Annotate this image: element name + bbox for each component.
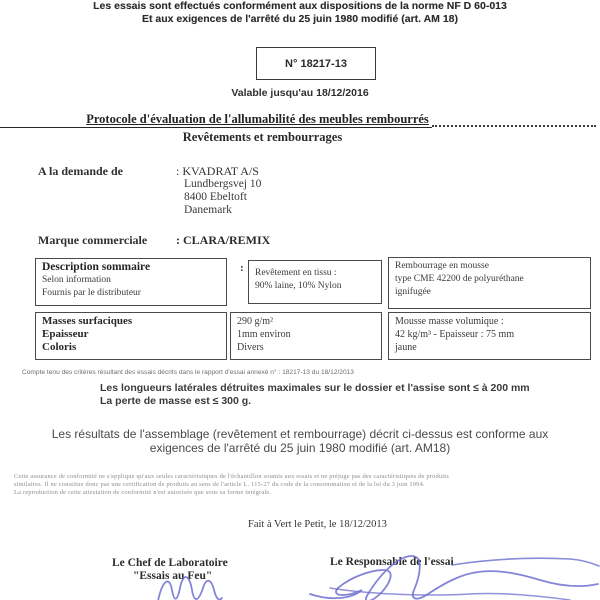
certificate-document: Les essais sont effectués conformément a… (0, 0, 600, 600)
applicant-address-line1: Lundbergsvej 10 (184, 178, 261, 190)
result-criterion-2: La perte de masse est ≤ 300 g. (100, 395, 251, 407)
place-and-date: Fait à Vert le Petit, le 18/12/2013 (248, 519, 387, 530)
foam-line2: 42 kg/m³ - Epaisseur : 75 mm (395, 328, 584, 341)
padding-cell: Rembourrage en mousse type CME 42200 de … (388, 257, 591, 309)
surface-mass-value: 290 g/m² (237, 315, 375, 328)
disclaimer-line1: Cette assurance de conformité ne s'appli… (14, 473, 449, 480)
foam-properties-cell: Mousse masse volumique : 42 kg/m³ - Epai… (388, 312, 591, 360)
applicant-label: A la demande de (38, 164, 123, 179)
description-colon: : (240, 262, 244, 274)
covering-line2: 90% laine, 10% Nylon (255, 280, 375, 293)
norm-statement-line1: Les essais sont effectués conformément a… (0, 0, 600, 12)
conclusion-line2: exigences de l'arrêté du 25 juin 1980 mo… (0, 441, 600, 455)
thickness-value: 1mm environ (237, 328, 375, 341)
padding-line1: Rembourrage en mousse (395, 260, 584, 273)
properties-label3: Coloris (42, 341, 220, 354)
certificate-number-box: N° 18217-13 (256, 47, 376, 80)
brand-value: : CLARA/REMIX (176, 233, 270, 248)
result-criterion-1: Les longueurs latérales détruites maxima… (100, 382, 530, 394)
header-rule (0, 127, 432, 128)
padding-line3: ignifugée (395, 286, 584, 299)
properties-values-cell: 290 g/m² 1mm environ Divers (230, 312, 382, 360)
properties-label2: Epaisseur (42, 328, 220, 341)
validity-date: Valable jusqu'au 18/12/2016 (0, 87, 600, 99)
properties-label1: Masses surfaciques (42, 315, 220, 328)
foam-line3: jaune (395, 341, 584, 354)
description-label: Description sommaire (42, 261, 220, 274)
conclusion-line1: Les résultats de l'assemblage (revêtemen… (0, 427, 600, 441)
disclaimer-line2: similaires. Il ne constitue donc pas une… (14, 481, 425, 488)
description-sub2: Fournis par le distributeur (42, 287, 220, 300)
padding-line2: type CME 42200 de polyuréthane (395, 273, 584, 286)
properties-label-cell: Masses surfaciques Epaisseur Coloris (35, 312, 227, 360)
test-manager-title: Le Responsable de l'essai (330, 556, 454, 568)
description-label-cell: Description sommaire Selon information F… (35, 258, 227, 306)
description-sub1: Selon information (42, 274, 220, 287)
covering-line1: Revêtement en tissu : (255, 267, 375, 280)
disclaimer-line3: La reproduction de cette attestation de … (14, 489, 271, 496)
applicant-name: : KVADRAT A/S (176, 164, 259, 179)
test-manager-signature-underline (452, 558, 599, 566)
lab-chief-title-line1: Le Chef de Laboratoire (112, 557, 228, 569)
color-value: Divers (237, 341, 375, 354)
brand-label: Marque commerciale (38, 233, 147, 248)
document-subtitle: Revêtements et rembourrages (0, 130, 525, 145)
covering-cell: Revêtement en tissu : 90% laine, 10% Nyl… (248, 260, 382, 304)
foam-line1: Mousse masse volumique : (395, 315, 584, 328)
report-reference-note: Compte tenu des critères résultant des e… (22, 369, 354, 376)
applicant-address-line3: Danemark (184, 204, 232, 216)
test-manager-signature-flourish (330, 588, 570, 600)
lab-chief-title-line2: "Essais au Feu" (133, 570, 212, 582)
norm-statement-line2: Et aux exigences de l'arrêté du 25 juin … (0, 13, 600, 25)
applicant-address-line2: 8400 Ebeltoft (184, 191, 247, 203)
certificate-number: N° 18217-13 (285, 58, 347, 70)
document-title: Protocole d'évaluation de l'allumabilité… (0, 112, 515, 127)
